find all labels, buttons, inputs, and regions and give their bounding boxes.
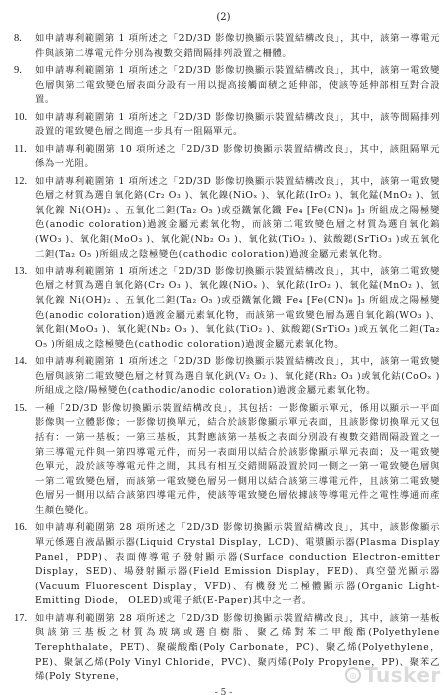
claim-number: 10.	[14, 111, 32, 126]
claim-text: 一種「2D/3D 影像切換顯示裝置結構改良」，其包括：一影像顯示單元，係用以顯示…	[35, 402, 440, 519]
claim-number: 9.	[14, 64, 32, 79]
claim-text: 如申請專利範圍第 10 項所述之「2D/3D 影像切換顯示裝置結構改良」，其中，…	[35, 143, 440, 172]
tusker-logo-icon: ◎	[345, 667, 361, 683]
claim-text: 如申請專利範圍第 1 項所述之「2D/3D 影像切換顯示裝置結構改良」，其中，該…	[35, 111, 440, 140]
claim-11: 11. 如申請專利範圍第 10 項所述之「2D/3D 影像切換顯示裝置結構改良」…	[14, 143, 440, 172]
claim-number: 16.	[14, 521, 32, 536]
claim-13: 13. 如申請專利範圍第 1 項所述之「2D/3D 影像切換顯示裝置結構改良」，…	[14, 265, 440, 353]
claim-9: 9. 如申請專利範圍第 1 項所述之「2D/3D 影像切換顯示裝置結構改良」，其…	[14, 64, 440, 108]
claim-number: 8.	[14, 32, 32, 47]
claim-text: 如申請專利範圍第 28 項所述之「2D/3D 影像切換顯示裝置結構改良」，其中，…	[35, 521, 440, 609]
claim-text: 如申請專利範圍第 1 項所述之「2D/3D 影像切換顯示裝置結構改良」，其中，該…	[35, 32, 440, 61]
claim-number: 11.	[14, 143, 32, 158]
claim-number: 12.	[14, 175, 32, 190]
claim-14: 14. 如申請專利範圍第 1 項所述之「2D/3D 影像切換顯示裝置結構改良」，…	[14, 355, 440, 399]
claim-number: 14.	[14, 355, 32, 370]
page-marker: (2)	[0, 12, 447, 24]
claim-number: 15.	[14, 402, 32, 417]
claim-text: 如申請專利範圍第 1 項所述之「2D/3D 影像切換顯示裝置結構改良」，其中，該…	[35, 265, 440, 353]
claim-text: 如申請專利範圍第 1 項所述之「2D/3D 影像切換顯示裝置結構改良」，其中，該…	[35, 175, 440, 263]
claim-15: 15. 一種「2D/3D 影像切換顯示裝置結構改良」，其包括：一影像顯示單元，係…	[14, 402, 440, 519]
claim-number: 13.	[14, 265, 32, 280]
watermark-text: Tusker	[364, 663, 441, 687]
claim-8: 8. 如申請專利範圍第 1 項所述之「2D/3D 影像切換顯示裝置結構改良」，其…	[14, 32, 440, 61]
claim-text: 如申請專利範圍第 1 項所述之「2D/3D 影像切換顯示裝置結構改良」，其中，該…	[35, 64, 440, 108]
claim-12: 12. 如申請專利範圍第 1 項所述之「2D/3D 影像切換顯示裝置結構改良」，…	[14, 175, 440, 263]
claim-text: 如申請專利範圍第 1 項所述之「2D/3D 影像切換顯示裝置結構改良」，其中，該…	[35, 355, 440, 399]
claims-list: 8. 如申請專利範圍第 1 項所述之「2D/3D 影像切換顯示裝置結構改良」，其…	[14, 32, 440, 688]
claim-number: 17.	[14, 612, 32, 627]
watermark: ◎ Tusker	[345, 663, 445, 687]
page-number: - 5 -	[0, 688, 447, 695]
claim-10: 10. 如申請專利範圍第 1 項所述之「2D/3D 影像切換顯示裝置結構改良」，…	[14, 111, 440, 140]
claim-16: 16. 如申請專利範圍第 28 項所述之「2D/3D 影像切換顯示裝置結構改良」…	[14, 521, 440, 609]
